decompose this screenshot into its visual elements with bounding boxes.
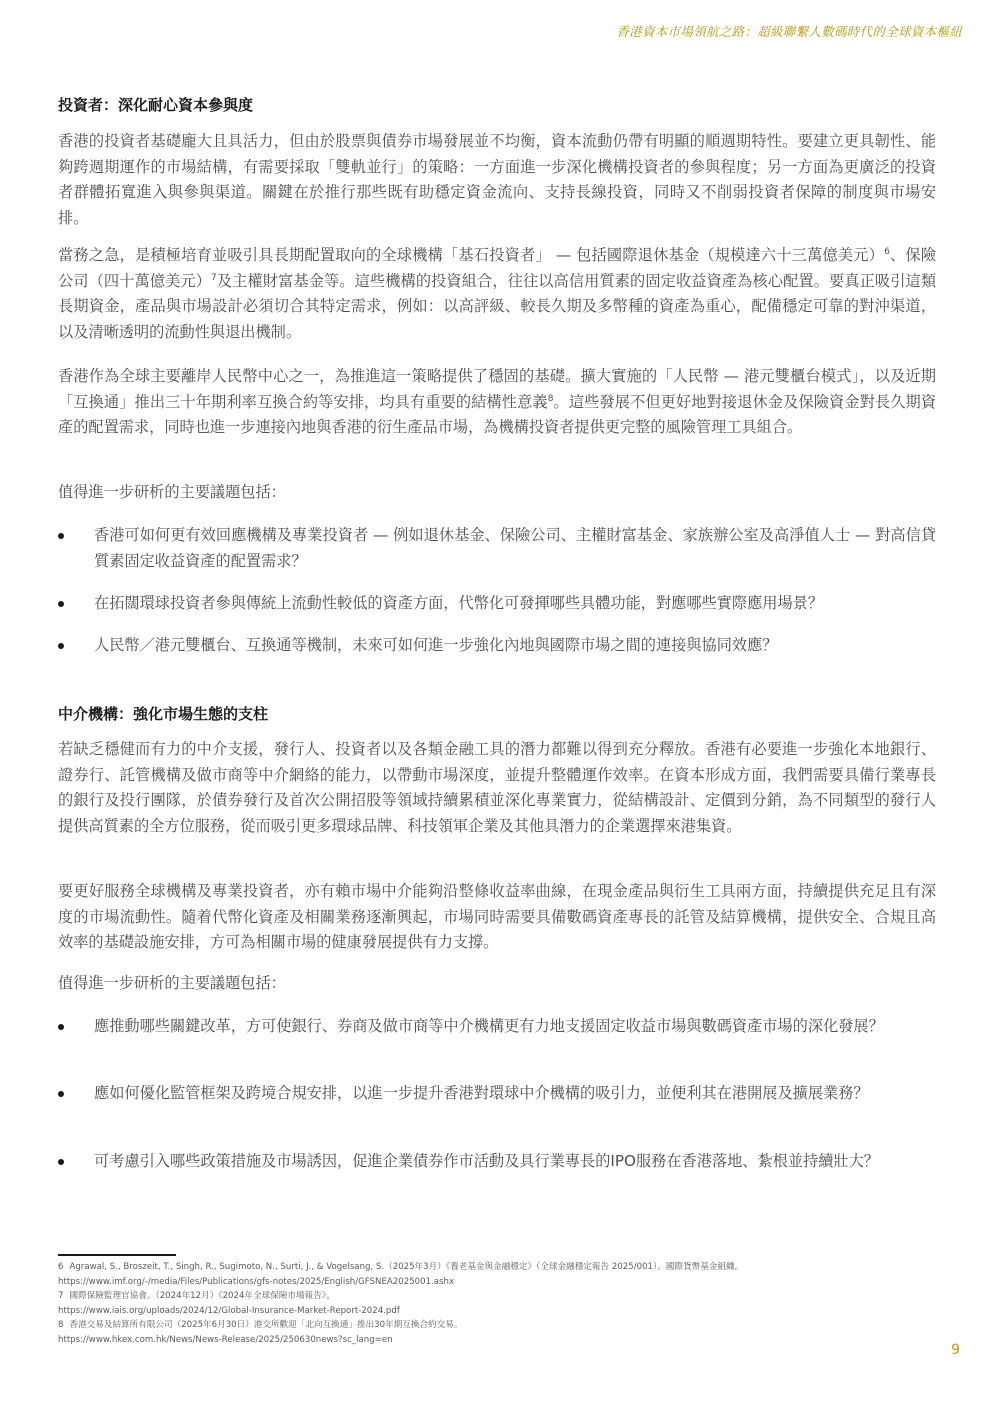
footnote-number: 6: [58, 1260, 63, 1275]
paragraph-text: 當務之急，是積極培育並吸引具長期配置取向的全球機構「基石投資者」 — 包括國際退…: [58, 246, 884, 264]
bullet-icon: [58, 643, 64, 649]
list-item-text: 應如何優化監管框架及跨境合規安排，以進一步提升香港對環球中介機構的吸引力，並便利…: [94, 1081, 936, 1107]
footnotes: 6Agrawal, S., Broszeit, T., Singh, R., S…: [58, 1260, 938, 1347]
page-number: 9: [951, 1342, 960, 1358]
paragraph: 若缺乏穩健而有力的中介支援，發行人、投資者以及各類金融工具的潛力都難以得到充分釋…: [58, 737, 936, 839]
paragraph: 香港作為全球主要離岸人民幣中心之一，為推進這一策略提供了穩固的基礎。擴大實施的「…: [58, 364, 936, 441]
list-item-text: 香港可如何更有效回應機構及專業投資者 — 例如退休基金、保險公司、主權財富基金、…: [94, 523, 936, 574]
footnote-text: 國際保險監理官協會。（2024年12月）《2024年全球保險市場報告》。: [69, 1291, 334, 1301]
footnote: 7國際保險監理官協會。（2024年12月）《2024年全球保險市場報告》。: [58, 1289, 938, 1304]
footnote: 6Agrawal, S., Broszeit, T., Singh, R., S…: [58, 1260, 938, 1275]
paragraph: 香港的投資者基礎龐大且具活力，但由於股票與債券市場發展並不均衡，資本流動仍帶有明…: [58, 129, 936, 231]
list-item-text: 可考慮引入哪些政策措施及市場誘因，促進企業債券作市活動及具行業專長的IPO服務在…: [94, 1149, 936, 1175]
list-item-text: 在拓闊環球投資者參與傳統上流動性較低的資產方面，代幣化可發揮哪些具體功能，對應哪…: [94, 591, 936, 617]
footnote-number: 7: [58, 1289, 63, 1304]
section-heading-intermediaries: 中介機構：強化市場生態的支柱: [58, 703, 268, 724]
footnote-url[interactable]: https://www.imf.org/-/media/Files/Public…: [58, 1275, 938, 1290]
bullet-icon: [58, 1091, 64, 1097]
footnote-divider: [58, 1254, 176, 1256]
paragraph: 要更好服務全球機構及專業投資者，亦有賴市場中介能夠沿整條收益率曲線，在現金產品與…: [58, 879, 936, 956]
footnote-text: Agrawal, S., Broszeit, T., Singh, R., Su…: [69, 1262, 743, 1272]
list-item-text: 人民幣／港元雙櫃台、互換通等機制，未來可如何進一步強化內地與國際市場之間的連接與…: [94, 633, 936, 659]
footnote-text: 香港交易及結算所有限公司（2025年6月30日）港交所歡迎「北向互換通」推出30…: [69, 1320, 462, 1330]
paragraph: 值得進一步研析的主要議題包括：: [58, 480, 936, 506]
footnote-url[interactable]: https://www.hkex.com.hk/News/News-Releas…: [58, 1333, 938, 1348]
footnote-url[interactable]: https://www.iais.org/uploads/2024/12/Glo…: [58, 1304, 938, 1319]
paragraph: 當務之急，是積極培育並吸引具長期配置取向的全球機構「基石投資者」 — 包括國際退…: [58, 243, 936, 345]
bullet-icon: [58, 533, 64, 539]
bullet-icon: [58, 1024, 64, 1030]
running-header: 香港資本市場領航之路：超級聯繫人數碼時代的全球資本樞紐: [616, 22, 962, 40]
bullet-icon: [58, 601, 64, 607]
bullet-icon: [58, 1159, 64, 1165]
list-item-text: 應推動哪些關鍵改革，方可使銀行、券商及做市商等中介機構更有力地支援固定收益市場與…: [94, 1014, 936, 1040]
paragraph: 值得進一步研析的主要議題包括：: [58, 971, 936, 997]
footnote: 8香港交易及結算所有限公司（2025年6月30日）港交所歡迎「北向互換通」推出3…: [58, 1318, 938, 1333]
section-heading-investors: 投資者：深化耐心資本參與度: [58, 94, 253, 115]
footnote-number: 8: [58, 1318, 63, 1333]
